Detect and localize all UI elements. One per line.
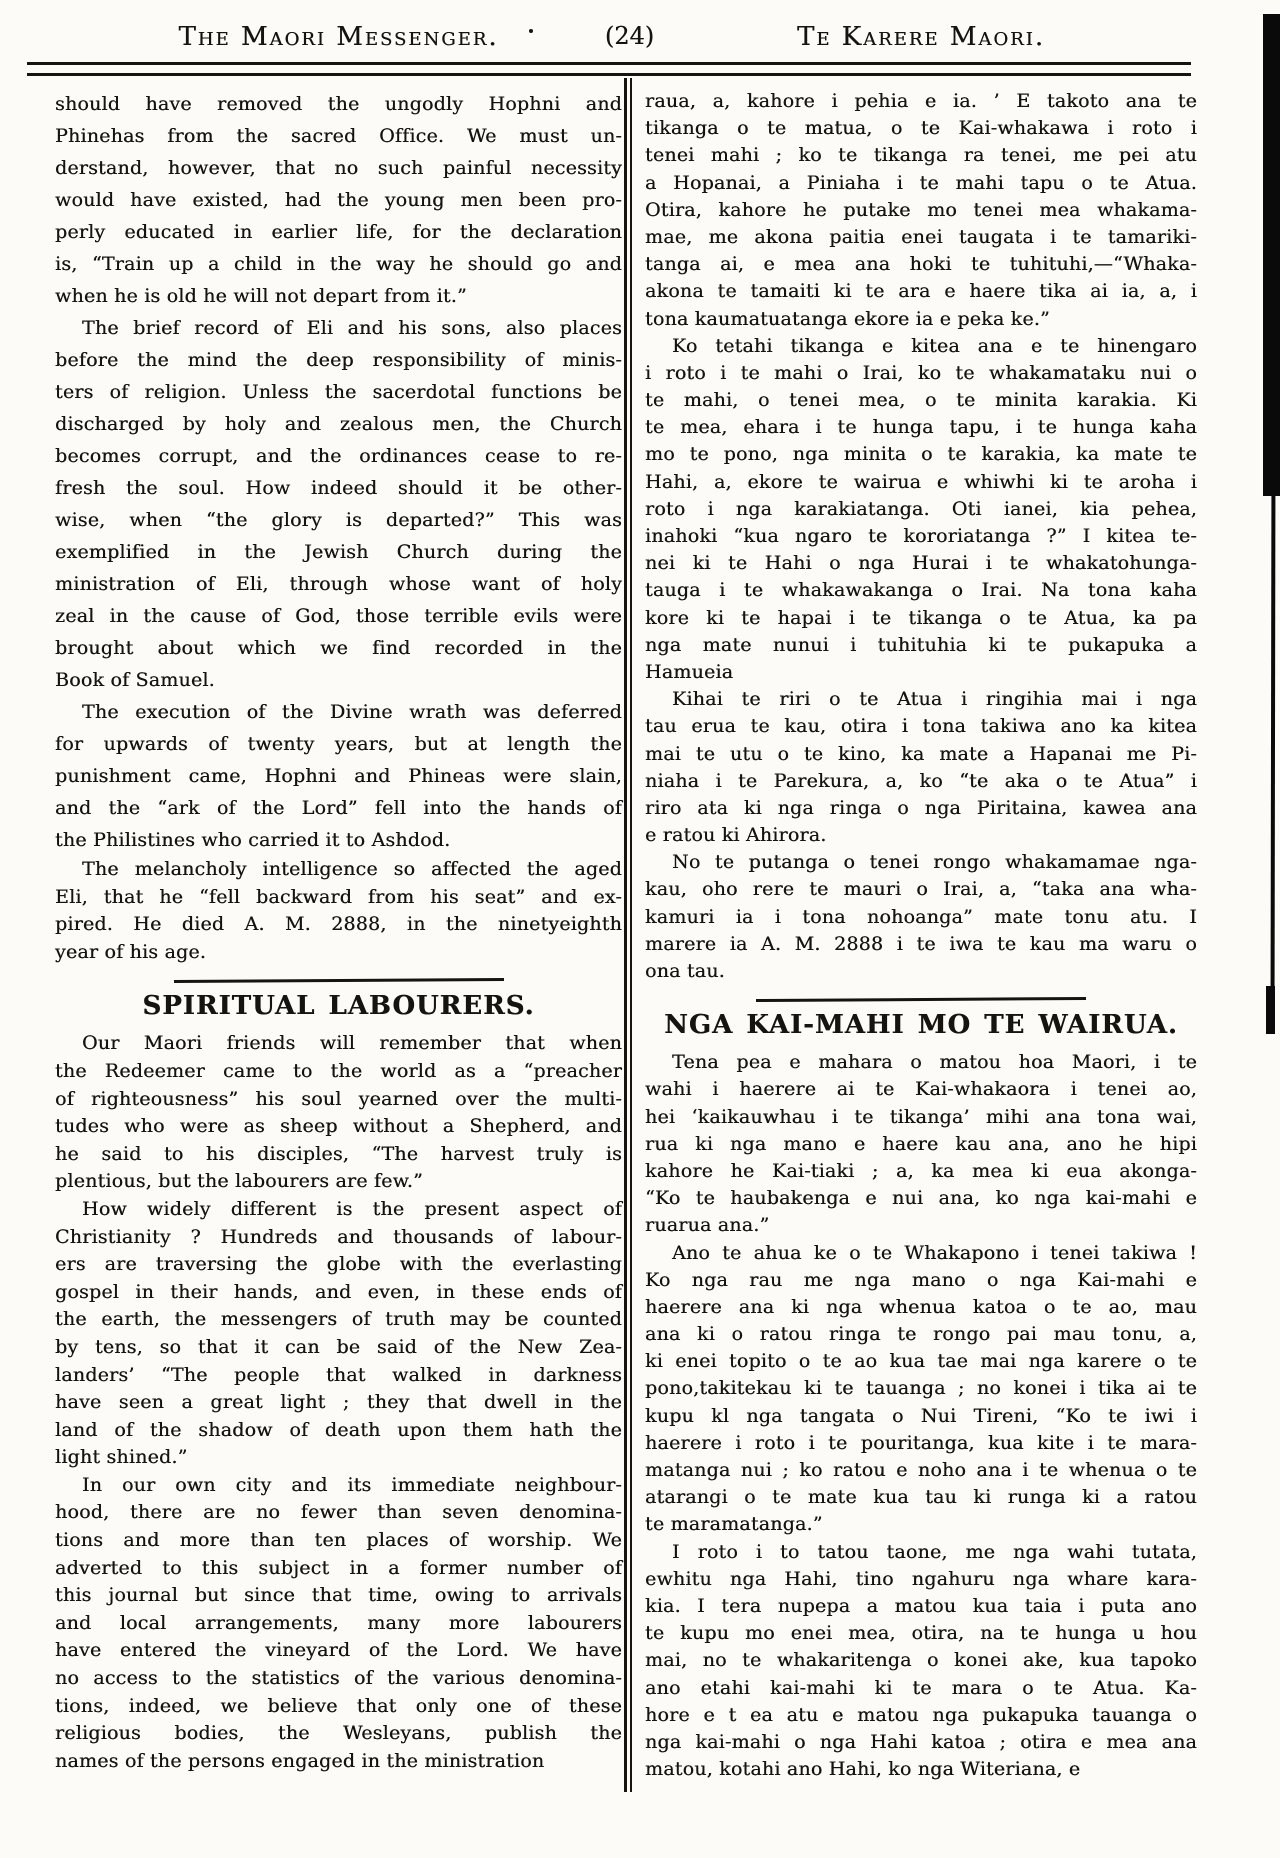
paragraph: No te putanga o tenei rongo whakamamae n… (645, 849, 1197, 985)
text-line: the Redeemer came to the world as a “pre… (55, 1058, 622, 1086)
paragraph: Ko tetahi tikanga e kitea ana e te hinen… (645, 333, 1197, 686)
paragraph: The melancholy intelligence so affected … (55, 856, 622, 966)
text-line: niaha i te Parekura, a, ko “te aka o te … (645, 768, 1197, 795)
text-line: nga kai-mahi o nga Hahi katoa ; otira e … (645, 1729, 1197, 1756)
text-line: No te putanga o tenei rongo whakamamae n… (645, 849, 1197, 876)
text-line: kahore he Kai-tiaki ; a, ka mea ki eua a… (645, 1158, 1197, 1185)
text-line: tanga ai, e mea ana hoki te tuhituhi,—“W… (645, 251, 1197, 278)
text-line: The execution of the Divine wrath was de… (55, 696, 622, 728)
column-divider-rule (624, 78, 632, 1792)
text-line: kore ki te hapai i te tikanga o te Atua,… (645, 605, 1197, 632)
text-line: the earth, the messengers of truth may b… (55, 1306, 622, 1334)
text-line: ters of religion. Unless the sacerdotal … (55, 376, 622, 408)
text-line: te kupu mo enei mea, otira, na te hunga … (645, 1620, 1197, 1647)
text-line: matanga nui ; ko ratou e noho ana i te w… (645, 1457, 1197, 1484)
text-line: by tens, so that it can be said of the N… (55, 1334, 622, 1362)
text-line: becomes corrupt, and the ordinances ceas… (55, 440, 622, 472)
text-line: The brief record of Eli and his sons, al… (55, 312, 622, 344)
text-line: ano etahi kai-mahi ki te mara o te Atua.… (645, 1675, 1197, 1702)
text-line: tenei mahi ; ko te tikanga ra tenei, me … (645, 142, 1197, 169)
text-line: ona tau. (645, 958, 1197, 985)
paragraph: How widely different is the present aspe… (55, 1196, 622, 1472)
text-line: Our Maori friends will remember that whe… (55, 1030, 622, 1058)
text-line: year of his age. (55, 939, 622, 967)
text-line: ewhitu nga Hahi, tino ngahuru nga whare … (645, 1566, 1197, 1593)
text-line: exemplified in the Jewish Church during … (55, 536, 622, 568)
text-line: Hahi, a, ekore te wairua e whiwhi ki te … (645, 469, 1197, 496)
paragraph: raua, a, kahore i pehia e ia. ’ E takoto… (645, 88, 1197, 333)
text-line: kau, oho rere te mauri o Irai, a, “taka … (645, 876, 1197, 903)
text-line: have entered the vineyard of the Lord. W… (55, 1637, 622, 1665)
ink-speck (529, 29, 533, 33)
text-line: the Philistines who carried it to Ashdod… (55, 824, 622, 856)
paragraph: In our own city and its immediate neighb… (55, 1472, 622, 1776)
article-heading-english: SPIRITUAL LABOURERS. (55, 991, 622, 1021)
text-line: ers are traversing the globe with the ev… (55, 1251, 622, 1279)
text-line: inahoki “kua ngaro te kororiatanga ?” I … (645, 523, 1197, 550)
text-line: no access to the statistics of the vario… (55, 1665, 622, 1693)
text-line: i roto i te mahi o Irai, ko te whakamata… (645, 360, 1197, 387)
text-line: tikanga o te matua, o te Kai-whakawa i r… (645, 115, 1197, 142)
text-line: landers’ “The people that walked in dark… (55, 1362, 622, 1390)
text-line: rua ki nga mano e haere kau ana, ano he … (645, 1131, 1197, 1158)
text-line: before the mind the deep responsibility … (55, 344, 622, 376)
text-line: Book of Samuel. (55, 664, 622, 696)
text-line: The melancholy intelligence so affected … (55, 856, 622, 884)
paragraph: Tena pea e mahara o matou hoa Maori, i t… (645, 1049, 1197, 1239)
text-line: Eli, that he “fell backward from his sea… (55, 884, 622, 912)
text-line: this journal but since that time, owing … (55, 1582, 622, 1610)
text-line: kia. I tera nupepa a matou kua taia i pu… (645, 1593, 1197, 1620)
text-line: Phinehas from the sacred Office. We must… (55, 120, 622, 152)
paragraph: should have removed the ungodly Hophni a… (55, 88, 622, 312)
paragraph: The execution of the Divine wrath was de… (55, 696, 622, 856)
text-line: kamuri ia i tona nohoanga” mate tonu atu… (645, 904, 1197, 931)
paragraph: The brief record of Eli and his sons, al… (55, 312, 622, 696)
text-line: names of the persons engaged in the mini… (55, 1748, 622, 1776)
text-line: Ko nga rau me nga mano o nga Kai-mahi e (645, 1267, 1197, 1294)
text-line: hore e t ea atu e matou nga pukapuka tau… (645, 1702, 1197, 1729)
section-heading-rule (173, 978, 503, 983)
text-line: is, “Train up a child in the way he shou… (55, 248, 622, 280)
masthead-left-title: The Maori Messenger. (55, 22, 622, 52)
text-line: tions, indeed, we believe that only one … (55, 1693, 622, 1721)
text-line: and the “ark of the Lord” fell into the … (55, 792, 622, 824)
paragraph: Our Maori friends will remember that whe… (55, 1030, 622, 1196)
text-line: atarangi o te mate kua tau ki runga ki a… (645, 1484, 1197, 1511)
text-line: Hamueia (645, 659, 1197, 686)
text-line: have seen a great light ; they that dwel… (55, 1389, 622, 1417)
text-line: punishment came, Hophni and Phineas were… (55, 760, 622, 792)
text-line: adverted to this subject in a former num… (55, 1555, 622, 1583)
text-line: light shined.” (55, 1444, 622, 1472)
text-line: tona kaumatuatanga ekore ia e peka ke.” (645, 306, 1197, 333)
text-line: hood, there are no fewer than seven deno… (55, 1499, 622, 1527)
text-line: nga mate nunui i tuhituhia ki te pukapuk… (645, 632, 1197, 659)
text-line: e ratou ki Ahirora. (645, 822, 1197, 849)
text-line: matou, kotahi ano Hahi, ko nga Witeriana… (645, 1756, 1197, 1783)
text-line: roto i nga karakiatanga. Oti ianei, kia … (645, 496, 1197, 523)
text-line: I roto i to tatou taone, me nga wahi tut… (645, 1539, 1197, 1566)
text-line: tudes who were as sheep without a Shephe… (55, 1113, 622, 1141)
text-line: hei ‘kaikauwhau i te tikanga’ mihi ana t… (645, 1104, 1197, 1131)
section-heading-rule (756, 997, 1086, 1002)
text-line: ki enei topito o te ao kua tae mai nga k… (645, 1348, 1197, 1375)
text-line: ana ki o ratou ringa te rongo pai mau to… (645, 1321, 1197, 1348)
text-line: gospel in their hands, and even, in thes… (55, 1279, 622, 1307)
scan-edge-artifact-thick (1263, 14, 1280, 496)
text-line: Ano te ahua ke o te Whakapono i tenei ta… (645, 1240, 1197, 1267)
masthead-right-title: Te Karere Maori. (645, 22, 1197, 52)
text-line: “Ko te haubakenga e nui ana, ko nga kai-… (645, 1185, 1197, 1212)
text-line: wise, when “the glory is departed?” This… (55, 504, 622, 536)
text-line: kupu kl nga tangata o Nui Tireni, “Ko te… (645, 1403, 1197, 1430)
text-line: te mahi, o tenei mea, o te minita karaki… (645, 387, 1197, 414)
text-line: wahi i haerere ai te Kai-whakaora i tene… (645, 1076, 1197, 1103)
text-line: How widely different is the present aspe… (55, 1196, 622, 1224)
header-double-rule (27, 62, 1191, 76)
paragraph: I roto i to tatou taone, me nga wahi tut… (645, 1539, 1197, 1784)
text-line: land of the shadow of death upon them ha… (55, 1417, 622, 1445)
text-line: would have existed, had the young men be… (55, 184, 622, 216)
text-line: ruarua ana.” (645, 1212, 1197, 1239)
text-line: ministration of Eli, through whose want … (55, 568, 622, 600)
text-line: pired. He died A. M. 2888, in the ninety… (55, 911, 622, 939)
column-english: should have removed the ungodly Hophni a… (55, 88, 622, 1775)
text-line: should have removed the ungodly Hophni a… (55, 88, 622, 120)
text-line: tauga i te whakawakanga o Irai. Na tona … (645, 577, 1197, 604)
newspaper-page: The Maori Messenger. (24) Te Karere Maor… (0, 0, 1280, 1858)
text-line: Kihai te riri o te Atua i ringihia mai i… (645, 686, 1197, 713)
text-line: mai, no te whakaritenga o konei ake, kua… (645, 1647, 1197, 1674)
scan-edge-artifact-tick (1266, 986, 1275, 1034)
text-line: discharged by holy and zealous men, the … (55, 408, 622, 440)
text-line: of righteousness” his soul yearned over … (55, 1086, 622, 1114)
text-line: In our own city and its immediate neighb… (55, 1472, 622, 1500)
text-line: when he is old he will not depart from i… (55, 280, 622, 312)
text-line: marere ia A. M. 2888 i te iwa te kau ma … (645, 931, 1197, 958)
text-line: nei ki te Hahi o nga Hurai i te whakatoh… (645, 550, 1197, 577)
text-line: Christianity ? Hundreds and thousands of… (55, 1224, 622, 1252)
text-line: religious bodies, the Wesleyans, publish… (55, 1720, 622, 1748)
text-line: Ko tetahi tikanga e kitea ana e te hinen… (645, 333, 1197, 360)
text-line: akona te tamaiti ki te ara e haere tika … (645, 278, 1197, 305)
text-line: brought about which we find recorded in … (55, 632, 622, 664)
paragraph: Ano te ahua ke o te Whakapono i tenei ta… (645, 1240, 1197, 1539)
text-line: zeal in the cause of God, those terrible… (55, 600, 622, 632)
text-line: Otira, kahore he putake mo tenei mea wha… (645, 197, 1197, 224)
text-line: derstand, however, that no such painful … (55, 152, 622, 184)
text-line: raua, a, kahore i pehia e ia. ’ E takoto… (645, 88, 1197, 115)
text-line: mae, me akona paitia enei taugata i te t… (645, 224, 1197, 251)
text-line: perly educated in earlier life, for the … (55, 216, 622, 248)
text-line: mo te pono, nga minita o te karakia, ka … (645, 441, 1197, 468)
text-line: te maramatanga.” (645, 1511, 1197, 1538)
text-line: tau erua te kau, otira i tona takiwa ano… (645, 713, 1197, 740)
column-maori: raua, a, kahore i pehia e ia. ’ E takoto… (645, 88, 1197, 1783)
paragraph: Kihai te riri o te Atua i ringihia mai i… (645, 686, 1197, 849)
text-line: haerere ana ki nga whenua katoa o te ao,… (645, 1294, 1197, 1321)
text-line: mai te utu o te kino, ka mate a Hapanai … (645, 741, 1197, 768)
text-line: plentious, but the labourers are few.” (55, 1168, 622, 1196)
text-line: a Hopanai, a Piniaha i te mahi tapu o te… (645, 170, 1197, 197)
text-line: fresh the soul. How indeed should it be … (55, 472, 622, 504)
text-line: pono,takitekau ki te tauanga ; no konei … (645, 1375, 1197, 1402)
text-line: te mea, ehara i te hunga tapu, i te hung… (645, 414, 1197, 441)
scan-edge-artifact-thin (1271, 494, 1276, 986)
text-line: Tena pea e mahara o matou hoa Maori, i t… (645, 1049, 1197, 1076)
text-line: and local arrangements, many more labour… (55, 1610, 622, 1638)
text-line: riro ata ki nga ringa o nga Piritaina, k… (645, 795, 1197, 822)
article-heading-maori: NGA KAI-MAHI MO TE WAIRUA. (645, 1010, 1197, 1040)
text-line: for upwards of twenty years, but at leng… (55, 728, 622, 760)
text-line: he said to his disciples, “The harvest t… (55, 1141, 622, 1169)
text-line: tions and more than ten places of worshi… (55, 1527, 622, 1555)
text-line: haerere i roto i te pouritanga, kua kite… (645, 1430, 1197, 1457)
